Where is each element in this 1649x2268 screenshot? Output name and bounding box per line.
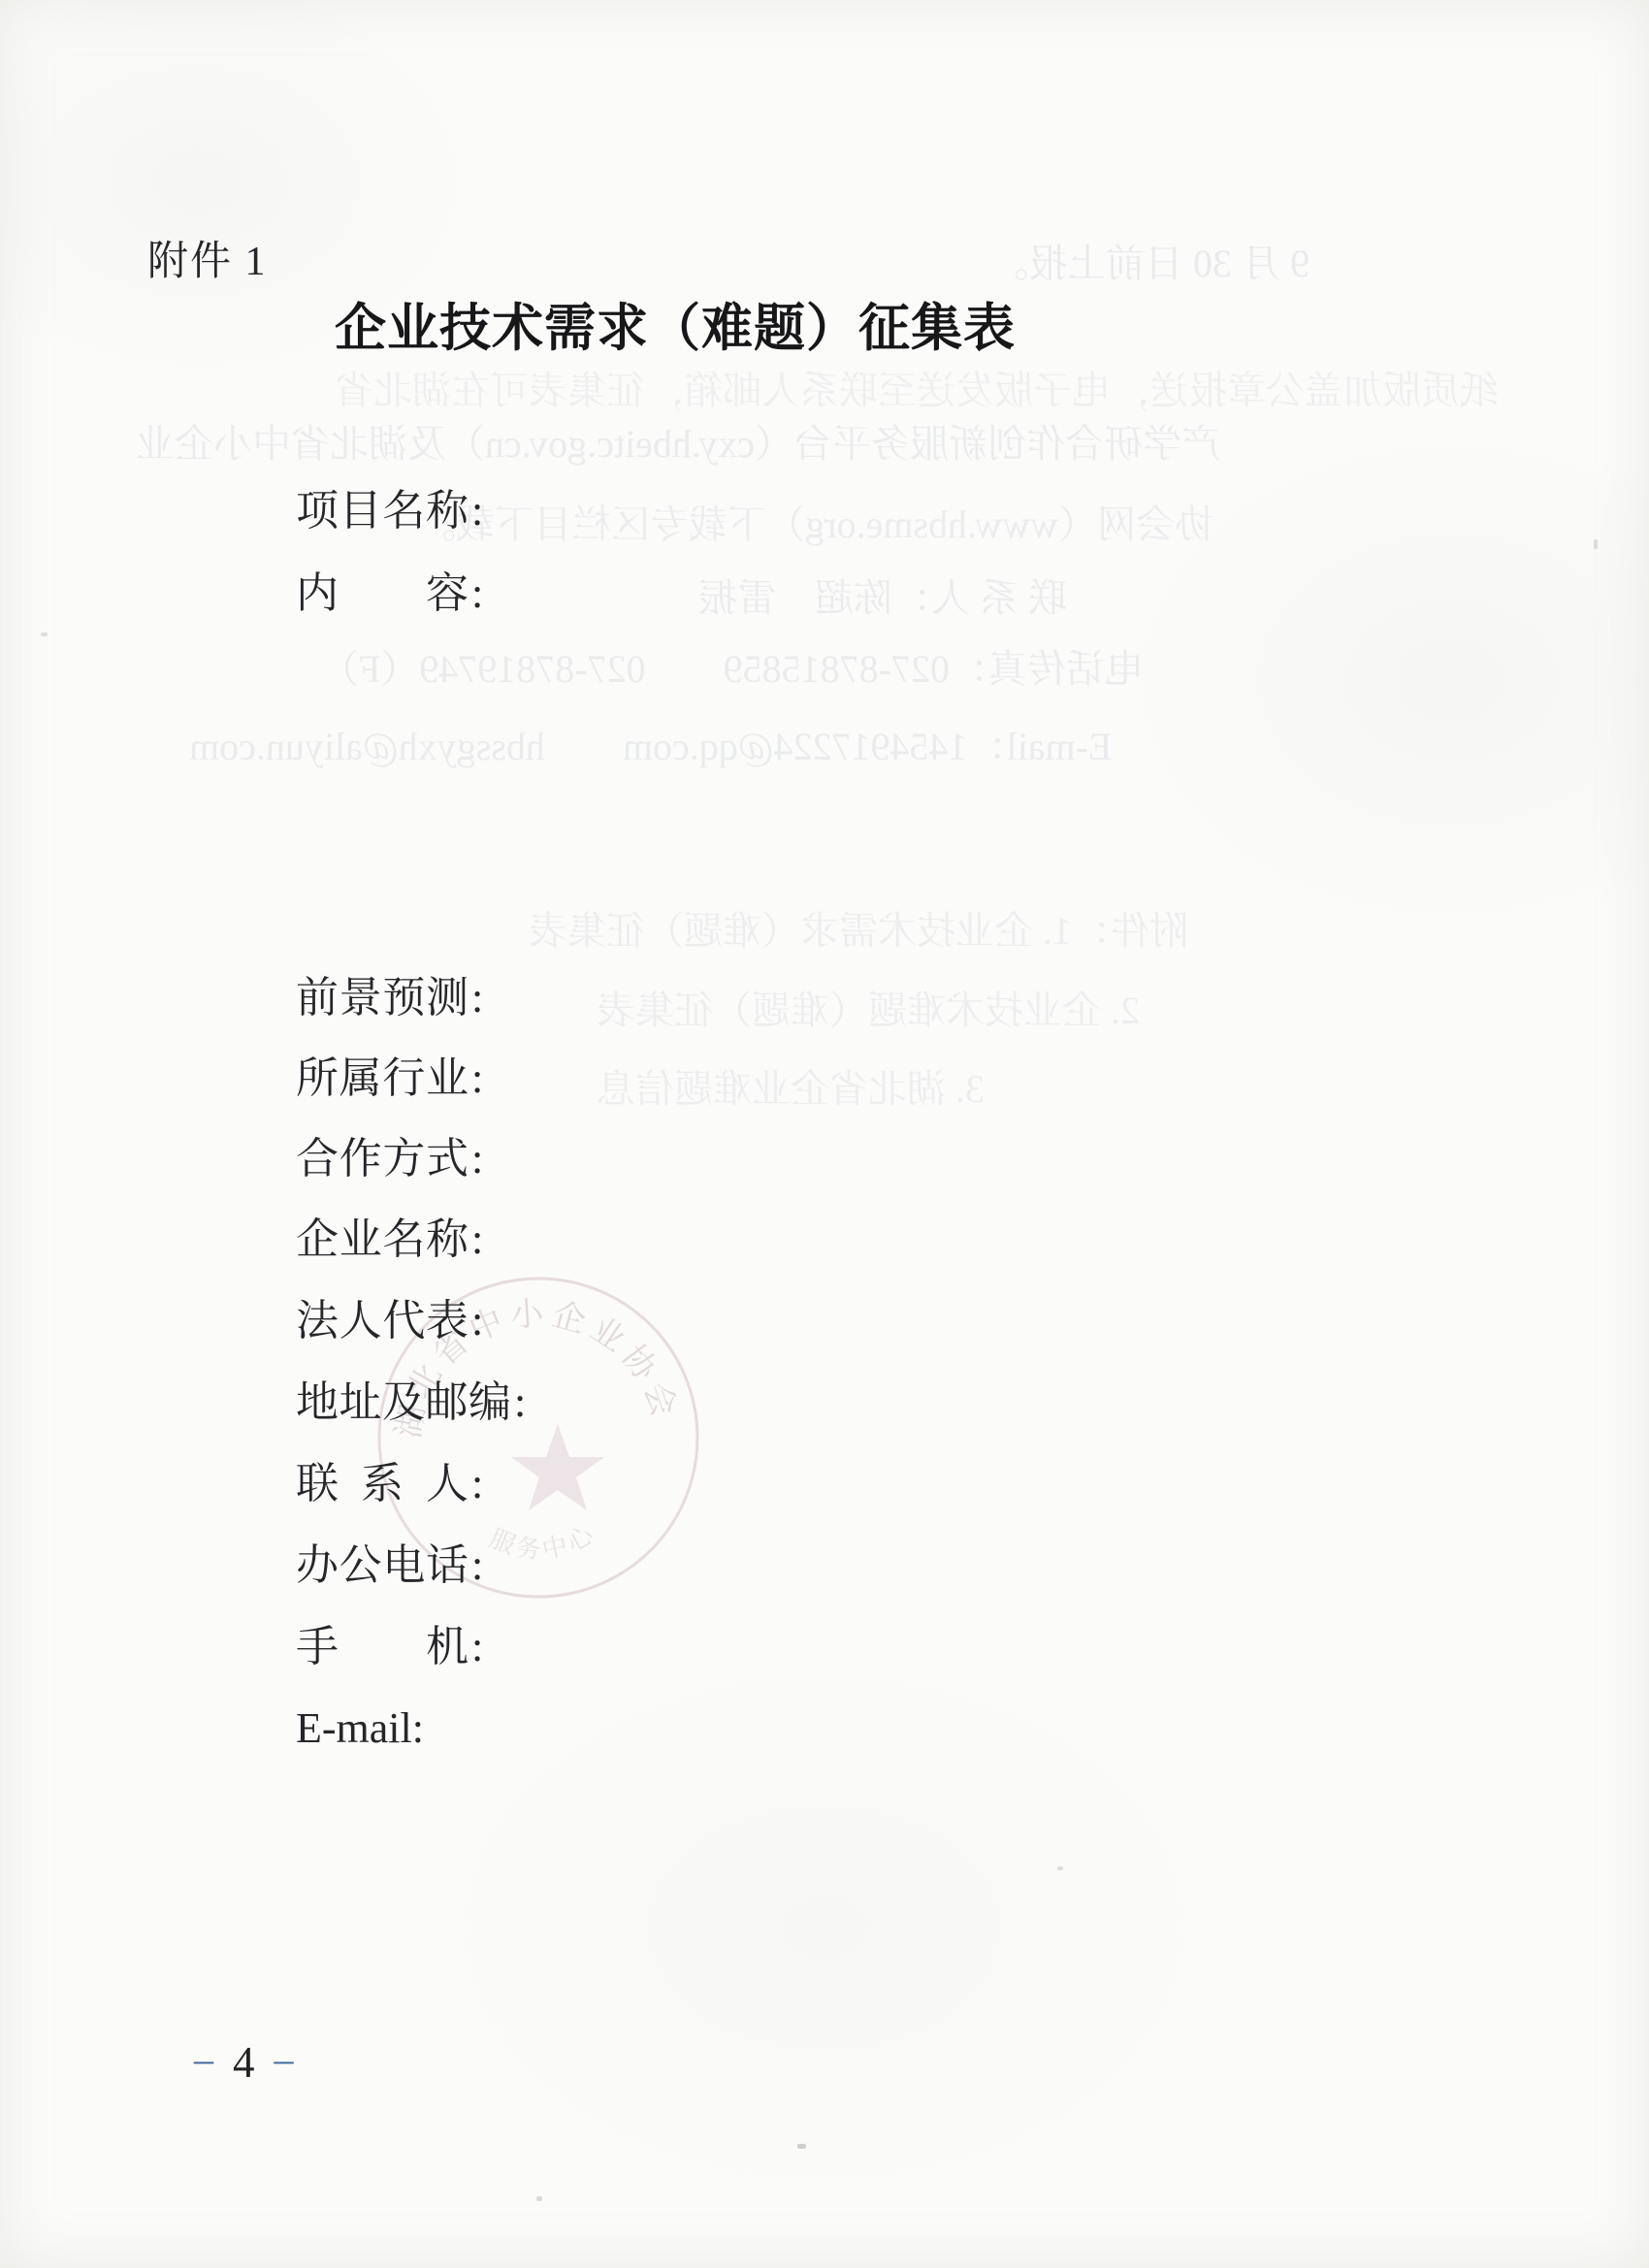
scan-speck [1057,1866,1063,1870]
bleed-through-line: 2. 企业技术难题（难题）征集表 [597,989,1140,1032]
form-field-cooperation-mode: 合作方式 : [296,1136,483,1183]
field-colon: : [514,1379,526,1426]
bleed-through-line: 纸质版加盖公章报送，电子版发送至联系人邮箱，征集表可在湖北省 [335,370,1499,412]
field-colon: : [471,1624,483,1670]
field-colon: : [471,570,483,617]
form-field-mobile: 手机 : [296,1624,483,1670]
form-field-industry: 所属行业 : [296,1055,483,1102]
bleed-through-line: 3. 湖北省企业难题信息 [597,1068,985,1111]
field-label: 办公电话 [296,1542,469,1589]
form-field-email: E-mail: [296,1705,424,1752]
form-field-address-postcode: 地址及邮编 : [296,1379,526,1426]
form-field-office-phone: 办公电话 : [296,1542,483,1589]
field-label: 企业名称 [296,1216,469,1263]
field-label: 联系人 [296,1461,469,1507]
page-number: – 4 – [194,2041,294,2085]
page-number-value: 4 [233,2041,255,2085]
attachment-label: 附件 1 [147,229,268,287]
bleed-through-line: 协会网（www.hbsme.org）下载专区栏目下载。 [417,503,1213,546]
field-colon: : [471,975,483,1021]
field-label: 合作方式 [296,1136,469,1183]
form-field-company-name: 企业名称 : [296,1216,483,1263]
form-field-contact-person: 联系人 : [296,1461,483,1507]
bleed-through-line: 9 月 30 日前上报。 [989,243,1309,285]
form-field-project-name: 项目名称 : [296,488,483,535]
field-colon: : [471,1216,483,1263]
page-number-dash: – [275,2040,294,2079]
field-label: E-mail: [296,1705,424,1752]
field-colon: : [471,1298,483,1345]
bleed-through-line: E-mail：1454917224@qq.com hbssgyxh@aliyun… [189,726,1112,768]
field-label: 项目名称 [296,488,469,535]
field-label: 法人代表 [296,1298,469,1345]
form-field-content: 内容 : [296,570,483,617]
svg-text:服务中心: 服务中心 [486,1519,601,1565]
scan-speck [41,632,48,636]
field-colon: : [471,1461,483,1507]
scanned-document-page: 9 月 30 日前上报。 纸质版加盖公章报送，电子版发送至联系人邮箱，征集表可在… [0,0,1649,2268]
page-title: 企业技术需求（难题）征集表 [335,287,1016,361]
page-number-dash: – [194,2040,213,2079]
bleed-through-line: 电话传真：027-87815859 027-87819749（F） [320,648,1144,691]
field-label: 所属行业 [296,1055,469,1102]
scan-speck [797,2144,806,2149]
scan-speck [1594,539,1598,549]
field-label: 前景预测 [296,975,469,1021]
scan-speck [536,2196,542,2201]
bleed-through-line: 联 系 人：陈超 雷振 [698,577,1067,620]
seal-star-icon [511,1424,604,1510]
field-label: 内容 [296,570,469,617]
bleed-through-line: 产学研合作创新服务平台（cxy.hbeitc.gov.cn）及湖北省中小企业 [136,423,1220,466]
form-field-prospect-forecast: 前景预测 : [296,975,483,1021]
bleed-through-line: 附件：1. 企业技术需求（难题）征集表 [529,910,1188,953]
field-colon: : [471,488,483,535]
field-label: 地址及邮编 [296,1379,511,1426]
field-colon: : [471,1136,483,1183]
field-colon: : [471,1055,483,1102]
field-colon: : [471,1542,483,1589]
form-field-legal-representative: 法人代表 : [296,1298,483,1345]
field-label: 手机 [296,1624,469,1670]
